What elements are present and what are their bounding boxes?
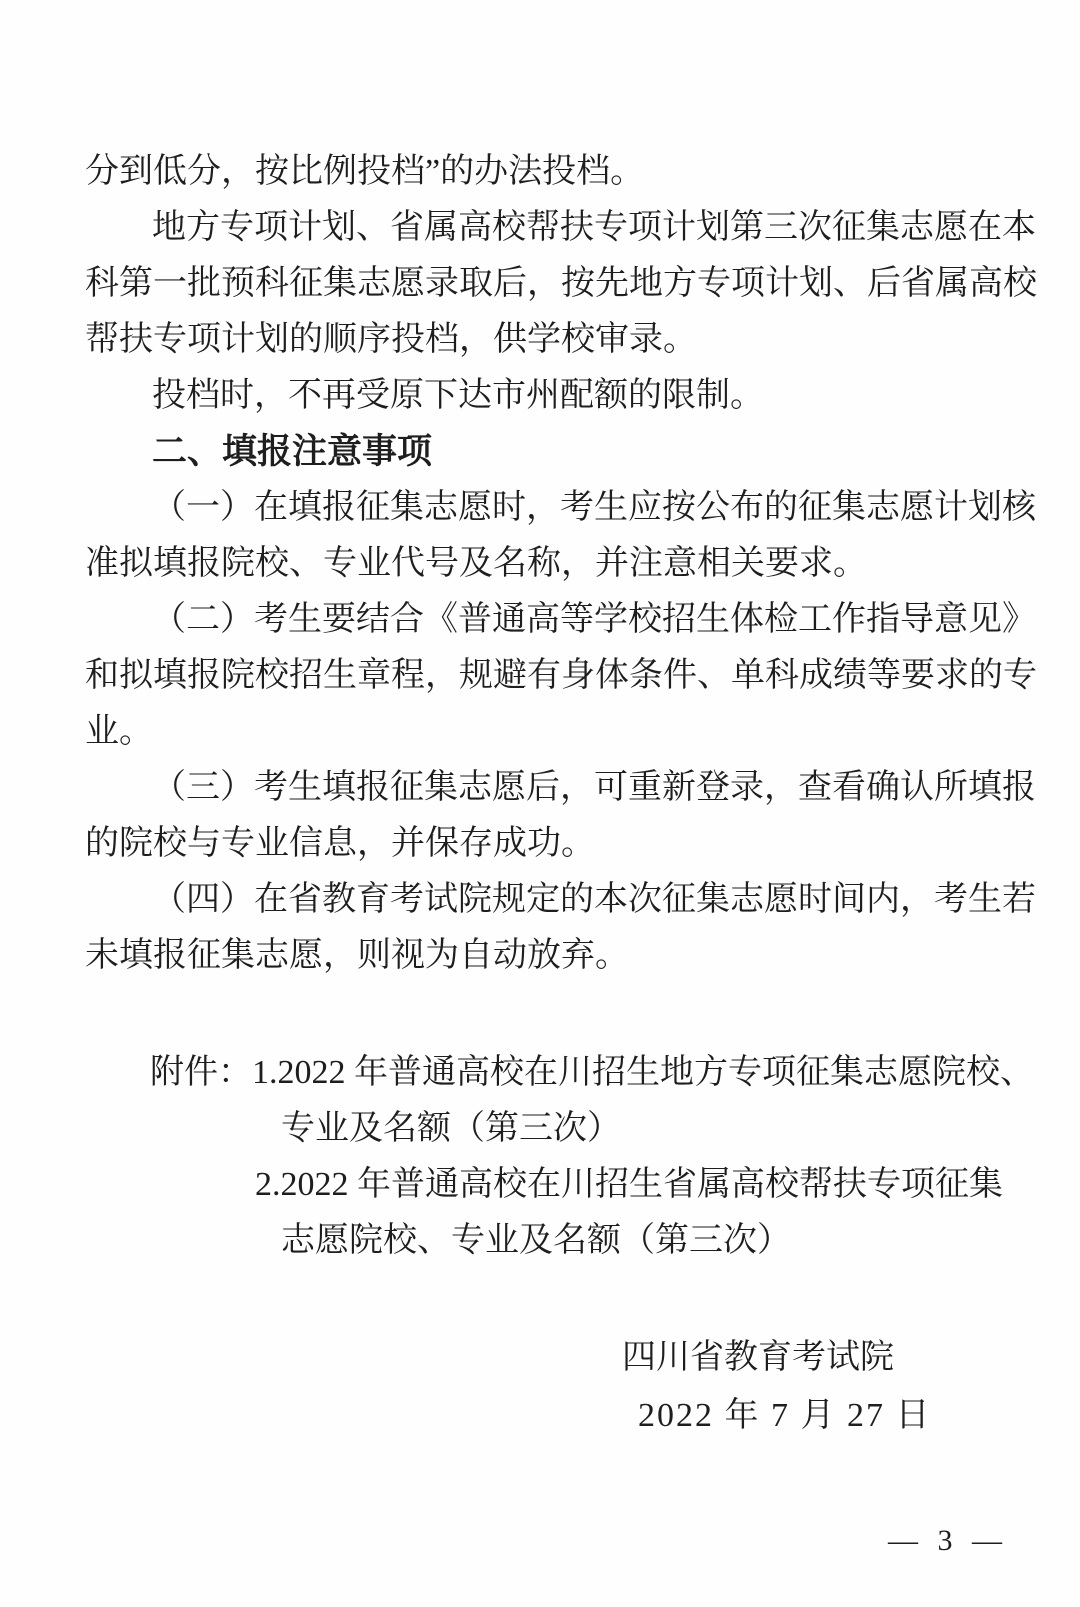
body-line: （一）在填报征集志愿时，考生应按公布的征集志愿计划核: [85, 480, 1035, 536]
body-line: 和拟填报院校招生章程，规避有身体条件、单科成绩等要求的专: [85, 648, 1035, 704]
body-line: 准拟填报院校、专业代号及名称，并注意相关要求。: [85, 536, 1035, 592]
attachment-line: 附件：1.2022 年普通高校在川招生地方专项征集志愿院校、: [85, 1045, 1035, 1101]
attachment-list: 附件：1.2022 年普通高校在川招生地方专项征集志愿院校、 专业及名额（第三次…: [85, 1045, 1035, 1269]
body-line: 的院校与专业信息，并保存成功。: [85, 816, 1035, 872]
body-line: （二）考生要结合《普通高等学校招生体检工作指导意见》: [85, 592, 1035, 648]
body-line: 投档时，不再受原下达市州配额的限制。: [85, 368, 1035, 424]
page-number: — 3 —: [888, 1524, 1008, 1558]
attachment-line: 专业及名额（第三次）: [85, 1101, 1035, 1157]
body-line: （四）在省教育考试院规定的本次征集志愿时间内，考生若: [85, 872, 1035, 928]
body-line: 业。: [85, 704, 1035, 760]
signature-date: 2022 年 7 月 27 日: [638, 1388, 932, 1444]
body-line: （三）考生填报征集志愿后，可重新登录，查看确认所填报: [85, 760, 1035, 816]
signature-org: 四川省教育考试院: [622, 1330, 894, 1386]
section-heading: 二、填报注意事项: [85, 424, 1035, 480]
body-line: 科第一批预科征集志愿录取后，按先地方专项计划、后省属高校: [85, 256, 1035, 312]
attachment-line: 2.2022 年普通高校在川招生省属高校帮扶专项征集: [85, 1157, 1035, 1213]
document-page: 分到低分，按比例投档”的办法投档。 地方专项计划、省属高校帮扶专项计划第三次征集…: [0, 0, 1080, 1607]
body-line: 地方专项计划、省属高校帮扶专项计划第三次征集志愿在本: [85, 200, 1035, 256]
attachment-line: 志愿院校、专业及名额（第三次）: [85, 1213, 1035, 1269]
body-line: 帮扶专项计划的顺序投档，供学校审录。: [85, 312, 1035, 368]
body-line: 未填报征集志愿，则视为自动放弃。: [85, 928, 1035, 984]
body-line: 分到低分，按比例投档”的办法投档。: [85, 144, 1035, 200]
document-body: 分到低分，按比例投档”的办法投档。 地方专项计划、省属高校帮扶专项计划第三次征集…: [85, 144, 1035, 984]
